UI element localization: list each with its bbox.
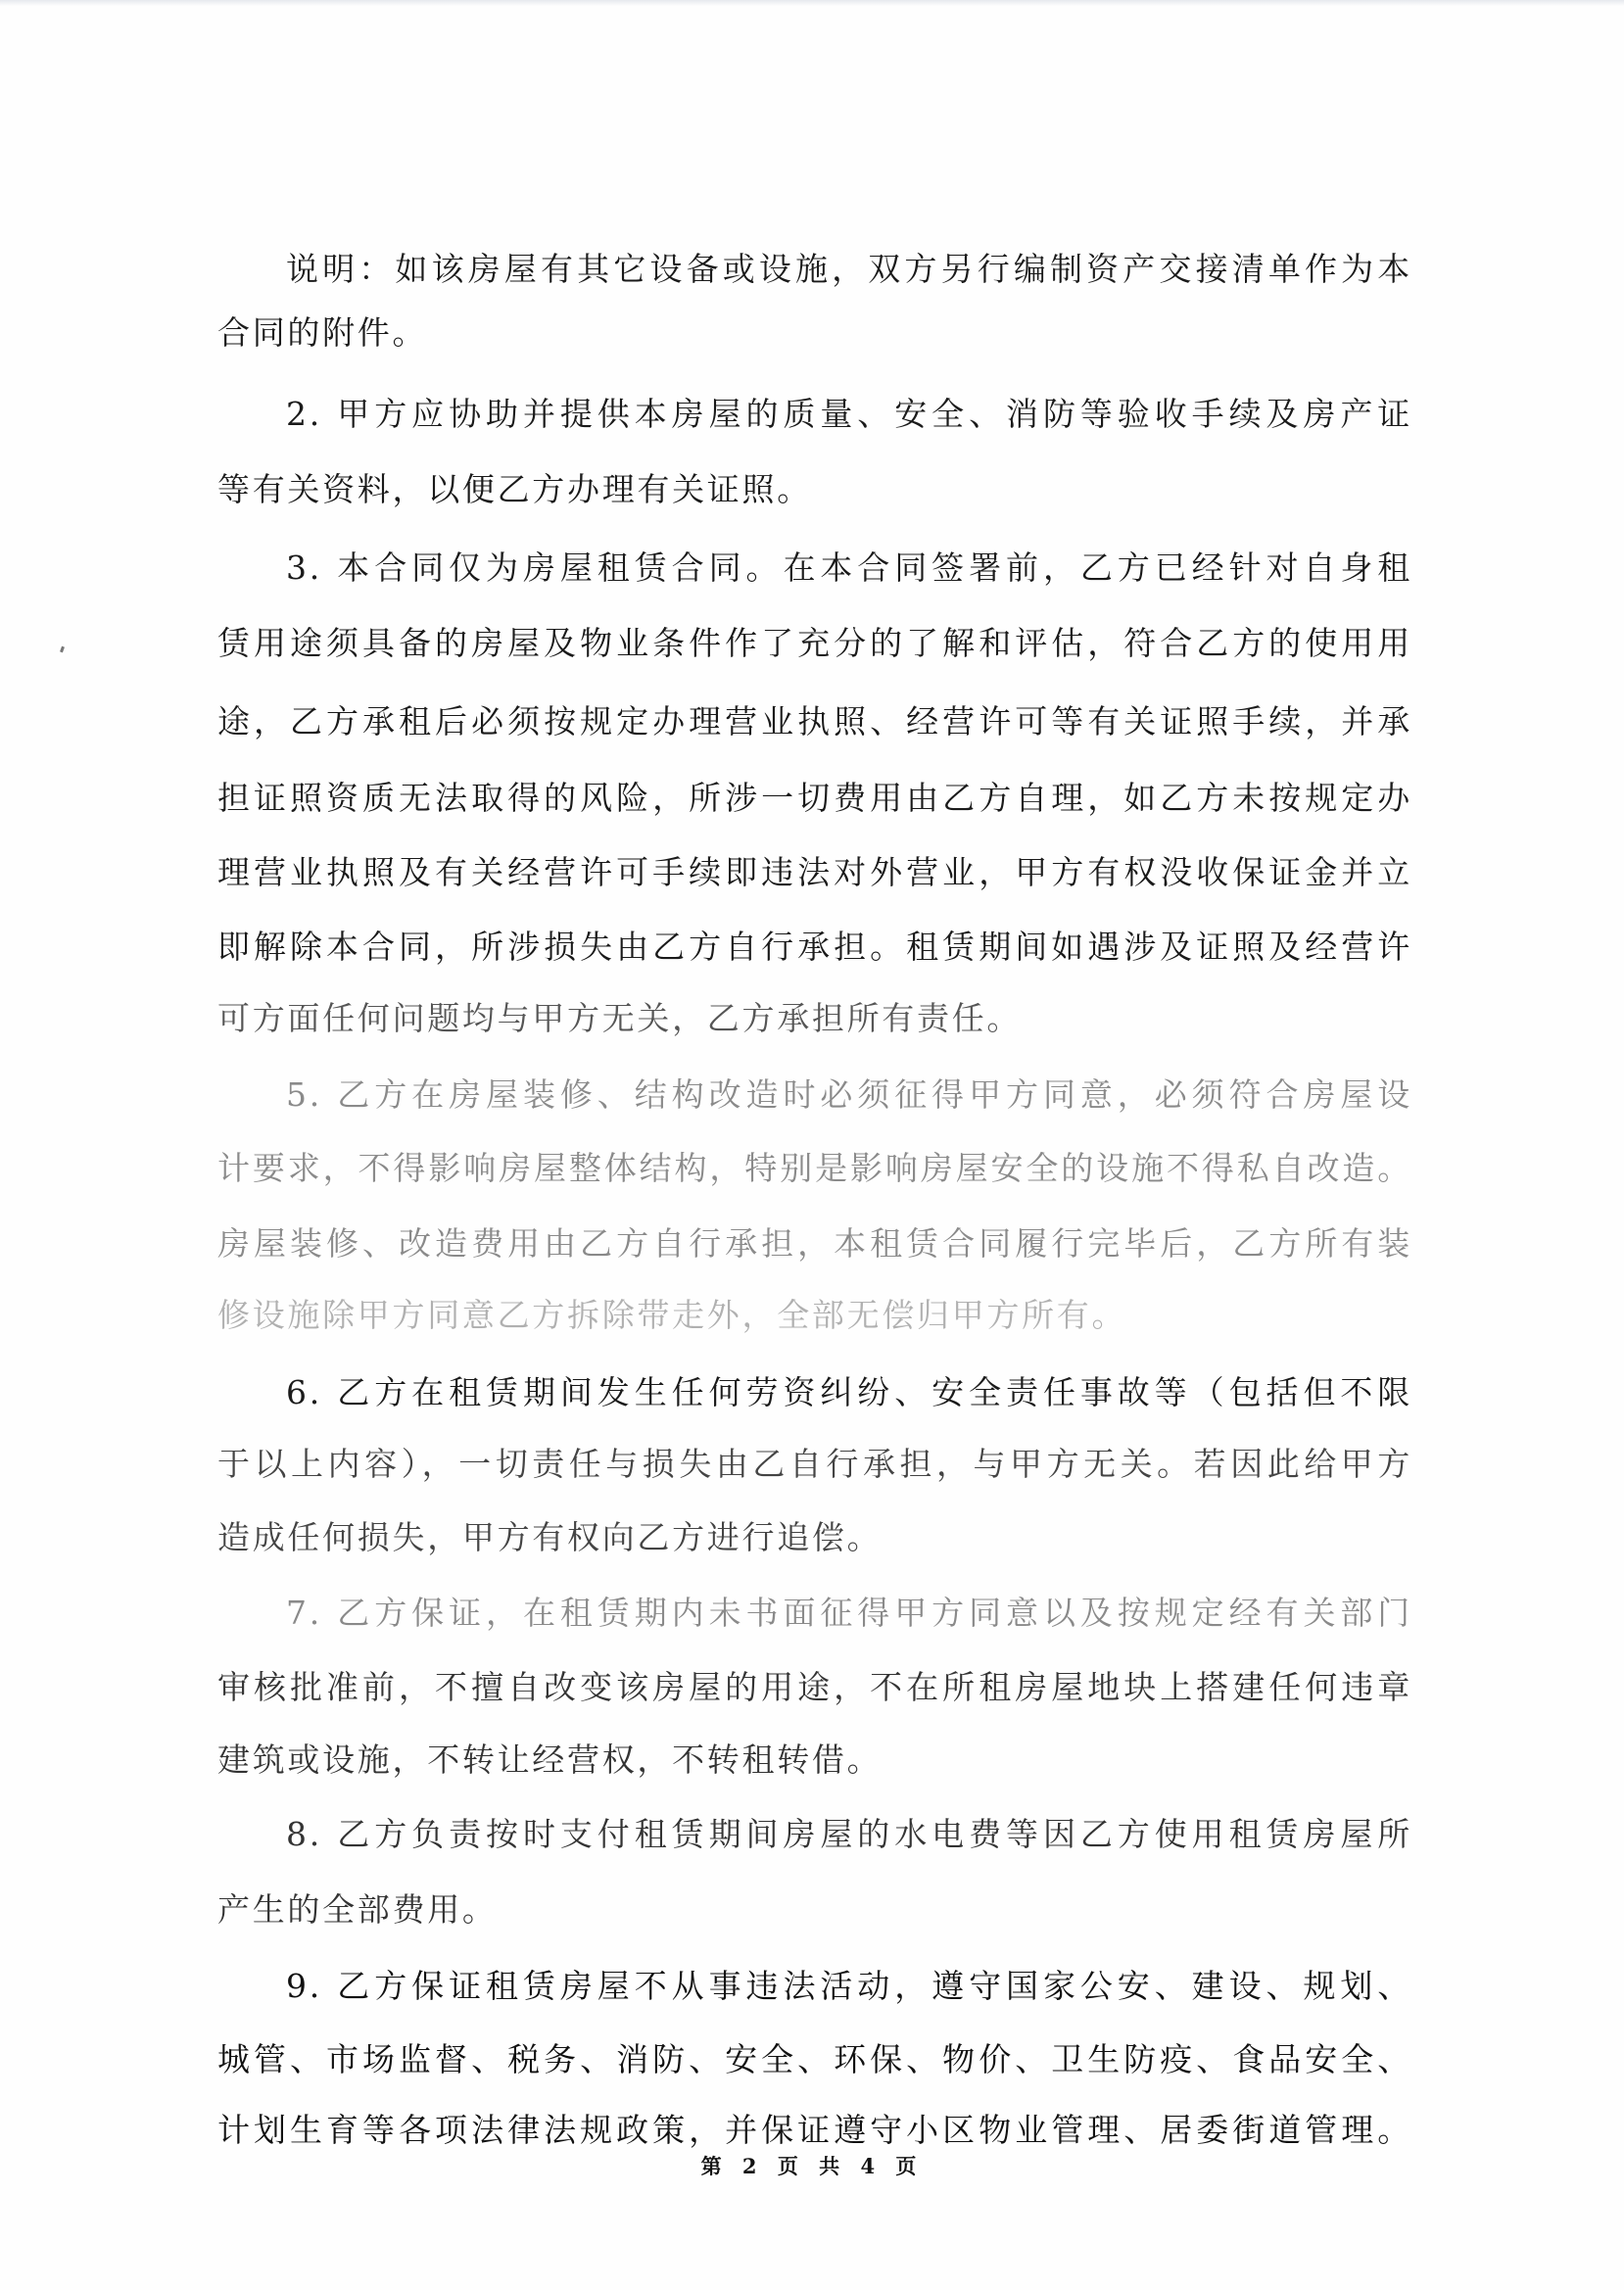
paragraph-line: 赁用途须具备的房屋及物业条件作了充分的了解和评估，符合乙方的使用用 [217,619,1412,668]
paragraph-line: 建筑或设施，不转让经营权，不转租转借。 [217,1736,1412,1785]
scan-edge [0,0,1624,6]
paragraph-line: 造成任何损失，甲方有权向乙方进行追偿。 [217,1513,1412,1562]
paragraph-line: 修设施除甲方同意乙方拆除带走外，全部无偿归甲方所有。 [217,1291,1412,1340]
paragraph-line: 6. 乙方在租赁期间发生任何劳资纠纷、安全责任事故等（包括但不限 [286,1368,1412,1417]
paragraph-line: 2. 甲方应协助并提供本房屋的质量、安全、消防等验收手续及房产证 [286,390,1412,439]
paragraph-line: 8. 乙方负责按时支付租赁期间房屋的水电费等因乙方使用租赁房屋所 [286,1810,1412,1859]
page-number: 第 2 页 共 4 页 [0,2151,1624,2180]
paragraph-line: 3. 本合同仅为房屋租赁合同。在本合同签署前，乙方已经针对自身租 [286,544,1412,593]
paragraph-line: 途，乙方承租后必须按规定办理营业执照、经营许可等有关证照手续，并承 [217,697,1412,746]
paragraph-line: 计要求，不得影响房屋整体结构，特别是影响房屋安全的设施不得私自改造。 [217,1144,1412,1193]
paragraph-line: 产生的全部费用。 [217,1885,1412,1934]
paragraph-line: 担证照资质无法取得的风险，所涉一切费用由乙方自理，如乙方未按规定办 [217,774,1412,823]
paragraph-line: 5. 乙方在房屋装修、结构改造时必须征得甲方同意，必须符合房屋设 [286,1071,1412,1120]
paragraph-line: 即解除本合同，所涉损失由乙方自行承担。租赁期间如遇涉及证照及经营许 [217,923,1412,972]
paragraph-line: 9. 乙方保证租赁房屋不从事违法活动，遵守国家公安、建设、规划、 [286,1962,1412,2011]
paragraph-line: 于以上内容），一切责任与损失由乙自行承担，与甲方无关。若因此给甲方 [217,1440,1412,1489]
paragraph-line: 可方面任何问题均与甲方无关，乙方承担所有责任。 [217,994,1412,1043]
paragraph-line: 等有关资料，以便乙方办理有关证照。 [217,465,1412,514]
paragraph-line: 说明：如该房屋有其它设备或设施，双方另行编制资产交接清单作为本 [286,245,1412,294]
paragraph-line: 合同的附件。 [217,309,1412,358]
document-page: 说明：如该房屋有其它设备或设施，双方另行编制资产交接清单作为本 合同的附件。 2… [0,0,1624,2290]
paragraph-line: 7. 乙方保证，在租赁期内未书面征得甲方同意以及按规定经有关部门 [286,1589,1412,1638]
paragraph-line: 房屋装修、改造费用由乙方自行承担，本租赁合同履行完毕后，乙方所有装 [217,1219,1412,1268]
paragraph-line: 审核批准前，不擅自改变该房屋的用途，不在所租房屋地块上搭建任何违章 [217,1663,1412,1712]
scan-speck [60,646,65,653]
paragraph-line: 计划生育等各项法律法规政策，并保证遵守小区物业管理、居委街道管理。 [217,2106,1412,2155]
paragraph-line: 理营业执照及有关经营许可手续即违法对外营业，甲方有权没收保证金并立 [217,848,1412,897]
paragraph-line: 城管、市场监督、税务、消防、安全、环保、物价、卫生防疫、食品安全、 [217,2035,1412,2084]
